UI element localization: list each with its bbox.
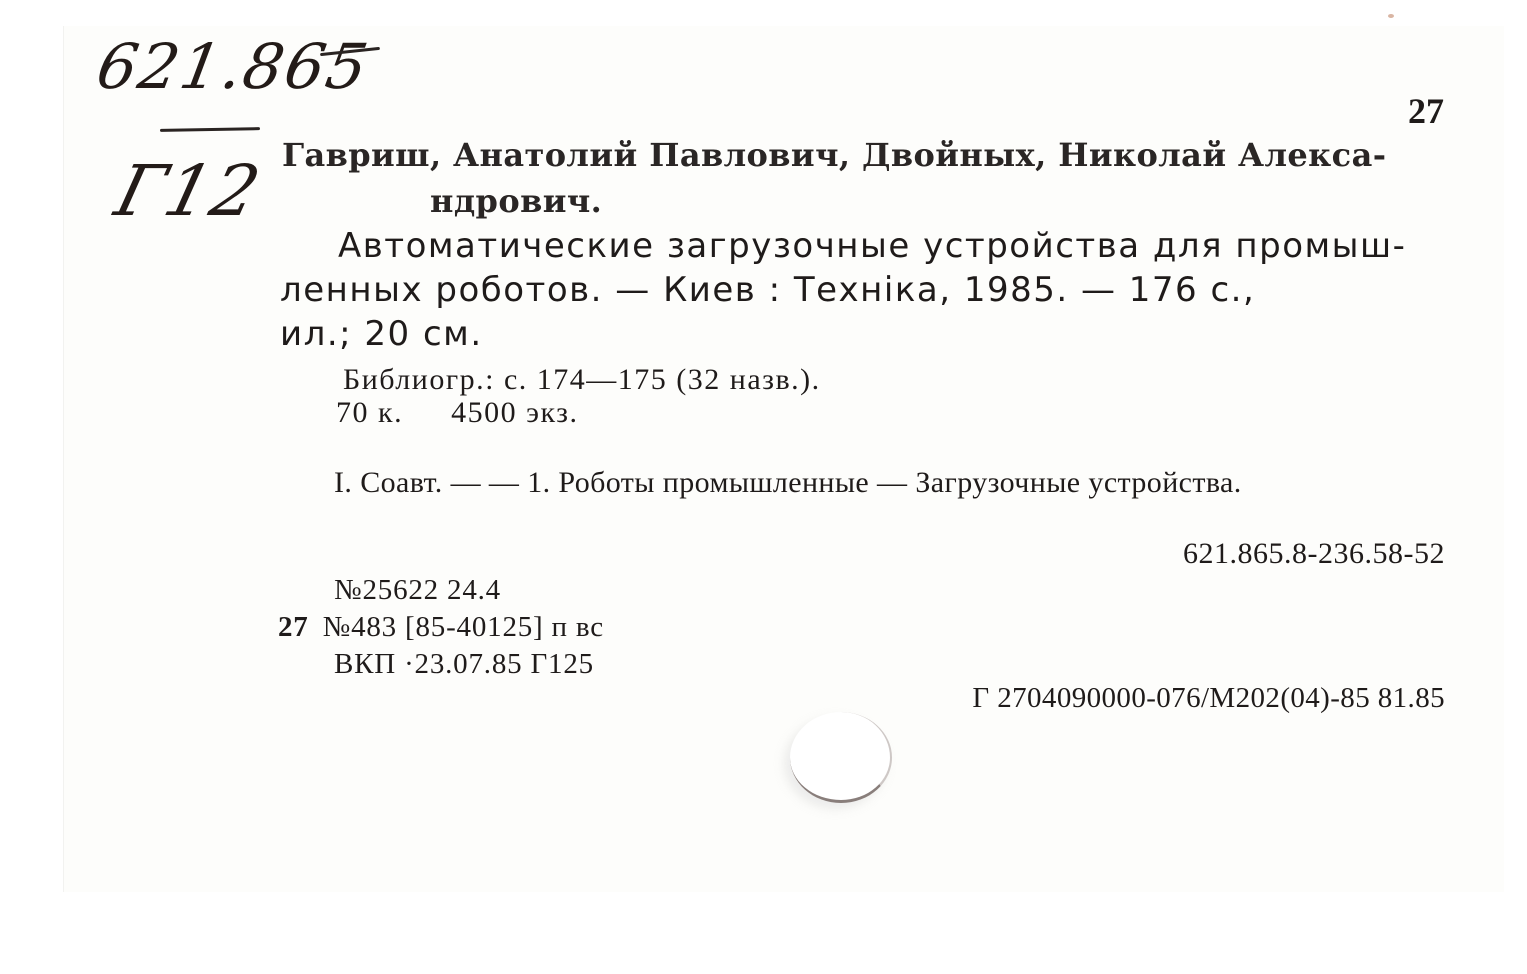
card-punch-hole [790, 712, 892, 803]
title-line-1: Автоматические загрузочные устройства дл… [338, 226, 1406, 266]
card-page-number: 27 [1408, 90, 1444, 132]
paper-speck [1388, 14, 1394, 18]
handwritten-author-mark: Г12 [108, 150, 270, 232]
authors-heading-line-2: ндрович. [430, 182, 602, 220]
handwritten-udc-number: 621.865 [92, 30, 375, 103]
price-and-copies: 70 к.4500 экз. [336, 396, 578, 430]
print-info-line-1: №25622 24.4 [334, 574, 501, 607]
udc-index: 621.865.8-236.58-52 [1183, 537, 1445, 571]
authors-heading-line-1: Гавриш, Анатолий Павлович, Двойных, Нико… [282, 136, 1386, 174]
print-info-line-3: ВКП ·23.07.85 Г125 [334, 648, 594, 681]
title-line-3: ил.; 20 см. [280, 314, 483, 354]
title-line-2: ленных роботов. — Киев : Техніка, 1985. … [280, 270, 1255, 310]
print-run: 4500 экз. [451, 396, 578, 429]
subject-tracing: I. Соавт. — — 1. Роботы промышленные — З… [334, 466, 1242, 500]
price: 70 к. [336, 396, 403, 429]
catalog-code: Г 2704090000-076/М202(04)-85 81.85 [972, 682, 1445, 715]
bibliography-note: Библиогр.: с. 174—175 (32 назв.). [343, 363, 821, 397]
print-info-order: №483 [85-40125] п вс [323, 611, 604, 643]
print-info-lead-number: 27 [278, 611, 309, 643]
print-info-line-2: 27№483 [85-40125] п вс [278, 611, 604, 644]
